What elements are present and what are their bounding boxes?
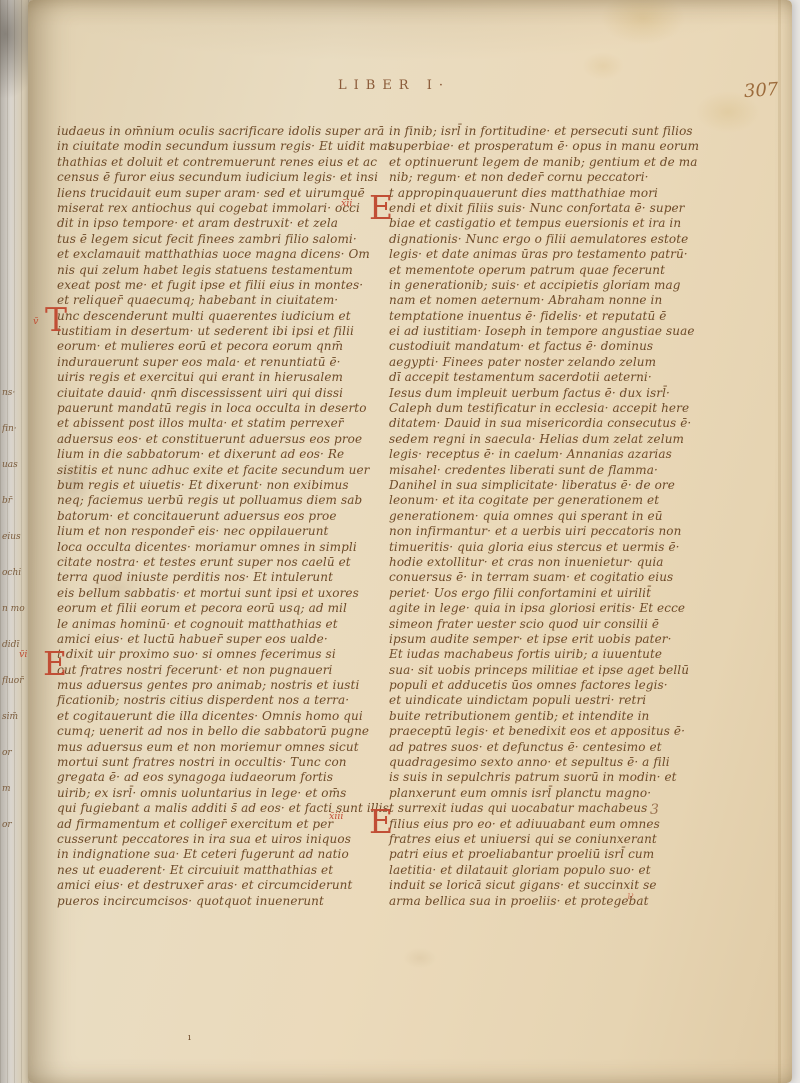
rubric-initial-T: T xyxy=(45,303,67,336)
ink-tick-mark: ı xyxy=(188,1033,191,1043)
manuscript-line: superbiae· et prosperatum ē· opus in man… xyxy=(389,139,725,154)
manuscript-line: uiris regis et exercitui qui erant in hi… xyxy=(57,370,393,385)
manuscript-line: et abissent post illos multa· et statim … xyxy=(57,416,393,431)
chapter-numeral-left-lower: v̄i xyxy=(19,649,27,660)
manuscript-line: nib; regum· et non deder̄ cornu peccator… xyxy=(389,170,725,185)
pencil-chapter-number: 3 xyxy=(650,802,659,818)
manuscript-line: bum regis et uiuetis· Et dixerunt· non e… xyxy=(57,478,393,493)
manuscript-line: et exclamauit matthathias uoce magna dic… xyxy=(57,247,393,262)
manuscript-line: cumq; uenerit ad nos in bello die sabbat… xyxy=(57,724,393,739)
manuscript-scan: LIBER I· 307 ns·fin·uasbr̄eiusochin modi… xyxy=(0,0,800,1083)
manuscript-line: ciuitate dauid· qnm̄ discessissent uiri … xyxy=(57,386,393,401)
manuscript-line: t surrexit iudas qui uocabatur machabeus xyxy=(389,801,725,816)
edge-text-fragment: ns· xyxy=(2,388,26,399)
fore-edge-line xyxy=(778,0,781,1083)
edge-text-fragment: m xyxy=(2,784,26,795)
manuscript-line: leonum· et ita cogitate per generationem… xyxy=(389,493,725,508)
manuscript-line: gregata ē· ad eos synagoga iudaeorum for… xyxy=(57,770,393,785)
rubric-initial-E-right-lower: E xyxy=(369,805,393,838)
manuscript-line: t dixit uir proximo suo· si omnes feceri… xyxy=(57,647,393,662)
manuscript-line: endi et dixit filiis suis· Nunc conforta… xyxy=(389,201,725,216)
manuscript-line: custodiuit mandatum· et factus ē· dominu… xyxy=(389,339,725,354)
manuscript-line: ei ad iustitiam· Ioseph in tempore angus… xyxy=(389,324,725,339)
manuscript-line: eorum· et mulieres eorū et pecora eorum … xyxy=(57,339,393,354)
manuscript-line: mus aduersus eum et non moriemur omnes s… xyxy=(57,740,393,755)
manuscript-line: biae et castigatio et tempus euersionis … xyxy=(389,216,725,231)
folio-number: 307 xyxy=(743,79,779,102)
text-column-right: in finib; isrl̄ in fortitudine· et perse… xyxy=(389,124,725,909)
manuscript-line: fratres eius et uniuersi qui se coniunxe… xyxy=(389,832,725,847)
manuscript-line: pueros incircumcisos· quotquot inuenerun… xyxy=(57,894,393,909)
manuscript-line: aegypti· Finees pater noster zelando zel… xyxy=(389,355,725,370)
manuscript-line: lium et non responder̄ eis· nec oppilaue… xyxy=(57,524,393,539)
manuscript-line: et uindicate uindictam populi uestri· re… xyxy=(389,693,725,708)
manuscript-line: unc descenderunt multi quaerentes iudici… xyxy=(57,309,393,324)
chapter-numeral-gutter-upper: x̄ii xyxy=(341,198,352,209)
manuscript-line: simeon frater uester scio quod uir consi… xyxy=(389,617,725,632)
manuscript-line: neq; faciemus uerbū regis ut polluamus d… xyxy=(57,493,393,508)
text-column-left: iudaeus in om̄nium oculis sacrificare id… xyxy=(57,124,393,909)
rubric-initial-E-left: E xyxy=(43,647,67,680)
manuscript-line: et mementote operum patrum quae fecerunt xyxy=(389,263,725,278)
manuscript-line: agite in lege· quia in ipsa gloriosi eri… xyxy=(389,601,725,616)
red-pen-mark: ν xyxy=(627,889,634,902)
manuscript-line: timueritis· quia gloria eius stercus et … xyxy=(389,540,725,555)
manuscript-line: Et iudas machabeus fortis uirib; a iuuen… xyxy=(389,647,725,662)
rubric-initial-E-right-upper: E xyxy=(369,191,393,224)
manuscript-line: eis bellum sabbatis· et mortui sunt ipsi… xyxy=(57,586,393,601)
manuscript-line: uirib; ex isrl̄· omnis uoluntarius in le… xyxy=(57,786,393,801)
manuscript-line: ad patres suos· et defunctus ē· centesim… xyxy=(389,740,725,755)
manuscript-line: batorum· et concitauerunt aduersus eos p… xyxy=(57,509,393,524)
manuscript-line: generationem· quia omnes qui sperant in … xyxy=(389,509,725,524)
edge-text-fragments: ns·fin·uasbr̄eiusochin modidīfluor̄sim̄o… xyxy=(2,388,26,831)
manuscript-line: dignationis· Nunc ergo o filii aemulator… xyxy=(389,232,725,247)
manuscript-line: dit in ipso tempore· et aram destruxit· … xyxy=(57,216,393,231)
manuscript-line: dī accepit testamentum sacerdotii aetern… xyxy=(389,370,725,385)
manuscript-line: sua· sit uobis princeps militiae et ipse… xyxy=(389,663,725,678)
manuscript-line: nes ut euaderent· Et circuiuit matthathi… xyxy=(57,863,393,878)
edge-text-fragment: ochi xyxy=(2,568,26,579)
manuscript-line: mortui sunt fratres nostri in occultis· … xyxy=(57,755,393,770)
manuscript-line: exeat post me· et fugit ipse et filii ei… xyxy=(57,278,393,293)
manuscript-line: filius eius pro eo· et adiuuabant eum om… xyxy=(389,817,725,832)
manuscript-line: et optinuerunt legem de manib; gentium e… xyxy=(389,155,725,170)
manuscript-line: tus ē legem sicut fecit finees zambri fi… xyxy=(57,232,393,247)
manuscript-line: misahel· credentes liberati sunt de flam… xyxy=(389,463,725,478)
manuscript-line: Iesus dum impleuit uerbum factus ē· dux … xyxy=(389,386,725,401)
manuscript-line: quadragesimo sexto anno· et sepultus ē· … xyxy=(389,755,725,770)
manuscript-line: temptatione inuentus ē· fidelis· et repu… xyxy=(389,309,725,324)
edge-text-fragment: fluor̄ xyxy=(2,676,26,687)
edge-text-fragment: or xyxy=(2,748,26,759)
manuscript-line: ipsum audite semper· et ipse erit uobis … xyxy=(389,632,725,647)
manuscript-line: mus aduersus gentes pro animab; nostris … xyxy=(57,678,393,693)
chapter-numeral-left-upper: v̄ xyxy=(33,316,38,327)
manuscript-line: ficationib; nostris citius disperdent no… xyxy=(57,693,393,708)
manuscript-line: buite retributionem gentib; et intendite… xyxy=(389,709,725,724)
manuscript-line: in indignatione sua· Et ceteri fugerunt … xyxy=(57,847,393,862)
manuscript-line: pauerunt mandatū regis in loca occulta i… xyxy=(57,401,393,416)
manuscript-line: Caleph dum testificatur in ecclesia· acc… xyxy=(389,401,725,416)
manuscript-line: laetitia· et dilatauit gloriam populo su… xyxy=(389,863,725,878)
manuscript-line: hodie extollitur· et cras non inuenietur… xyxy=(389,555,725,570)
manuscript-line: legis· receptus ē· in caelum· Annanias a… xyxy=(389,447,725,462)
manuscript-line: t appropinquauerunt dies matthathiae mor… xyxy=(389,186,725,201)
manuscript-line: loca occulta dicentes· moriamur omnes in… xyxy=(57,540,393,555)
manuscript-line: cusserunt peccatores in ira sua et uiros… xyxy=(57,832,393,847)
manuscript-line: et cogitauerunt die illa dicentes· Omnis… xyxy=(57,709,393,724)
manuscript-line: periet· Uos ergo filii confortamini et u… xyxy=(389,586,725,601)
edge-text-fragment: or xyxy=(2,820,26,831)
manuscript-line: nam et nomen aeternum· Abraham nonne in xyxy=(389,293,725,308)
manuscript-line: iudaeus in om̄nium oculis sacrificare id… xyxy=(57,124,393,139)
manuscript-line: sedem regni in saecula· Helias dum zelat… xyxy=(389,432,725,447)
manuscript-line: amici eius· et destruxer̄ aras· et circu… xyxy=(57,878,393,893)
manuscript-line: patri eius et proeliabantur proeliū isrl… xyxy=(389,847,725,862)
manuscript-line: aduersus eos· et constituerunt aduersus … xyxy=(57,432,393,447)
manuscript-line: indurauerunt super eos mala· et renuntia… xyxy=(57,355,393,370)
manuscript-line: non infirmantur· et a uerbis uiri peccat… xyxy=(389,524,725,539)
manuscript-line: le animas hominū· et cognouit matthathia… xyxy=(57,617,393,632)
manuscript-line: sistitis et nunc adhuc exite et facite s… xyxy=(57,463,393,478)
chapter-numeral-gutter-lower: x̄iii xyxy=(329,811,343,822)
manuscript-line: lium in die sabbatorum· et dixerunt ad e… xyxy=(57,447,393,462)
manuscript-line: et reliquer̄ quaecumq; habebant in ciuit… xyxy=(57,293,393,308)
manuscript-line: praeceptū legis· et benedixit eos et app… xyxy=(389,724,725,739)
edge-text-fragment: br̄ xyxy=(2,496,26,507)
manuscript-line: terra quod iniuste perditis nos· Et intu… xyxy=(57,570,393,585)
manuscript-line: in ciuitate modin secundum iussum regis·… xyxy=(57,139,393,154)
edge-text-fragment: eius xyxy=(2,532,26,543)
manuscript-line: nis qui zelum habet legis statuens testa… xyxy=(57,263,393,278)
running-title: LIBER I· xyxy=(338,78,450,93)
edge-text-fragment: fin· xyxy=(2,424,26,435)
edge-text-fragment: uas xyxy=(2,460,26,471)
edge-text-fragment: n mo xyxy=(2,604,26,615)
manuscript-line: iustitiam in desertum· ut sederent ibi i… xyxy=(57,324,393,339)
manuscript-line: arma bellica sua in proeliis· et protege… xyxy=(389,894,725,909)
manuscript-line: thathias et doluit et contremuerunt rene… xyxy=(57,155,393,170)
manuscript-line: in finib; isrl̄ in fortitudine· et perse… xyxy=(389,124,725,139)
manuscript-line: planxerunt eum omnis isrl̄ planctu magno… xyxy=(389,786,725,801)
manuscript-line: cut fratres nostri fecerunt· et non pugn… xyxy=(57,663,393,678)
edge-text-fragment: sim̄ xyxy=(2,712,26,723)
manuscript-line: in generationib; suis· et accipietis glo… xyxy=(389,278,725,293)
manuscript-line: induit se loricā sicut gigans· et succin… xyxy=(389,878,725,893)
manuscript-line: populi et adducetis ūos omnes factores l… xyxy=(389,678,725,693)
manuscript-line: Danihel in sua simplicitate· liberatus ē… xyxy=(389,478,725,493)
manuscript-line: is suis in sepulchris patrum suorū in mo… xyxy=(389,770,725,785)
manuscript-line: ditatem· Dauid in sua misericordia conse… xyxy=(389,416,725,431)
manuscript-line: amici eius· et luctū habuer̄ super eos u… xyxy=(57,632,393,647)
manuscript-line: census ē furor eius secundum iudicium le… xyxy=(57,170,393,185)
manuscript-line: eorum et filii eorum et pecora eorū usq;… xyxy=(57,601,393,616)
manuscript-line: conuersus ē· in terram suam· et cogitati… xyxy=(389,570,725,585)
manuscript-line: citate nostra· et testes erunt super nos… xyxy=(57,555,393,570)
manuscript-line: legis· et date animas ūras pro testament… xyxy=(389,247,725,262)
